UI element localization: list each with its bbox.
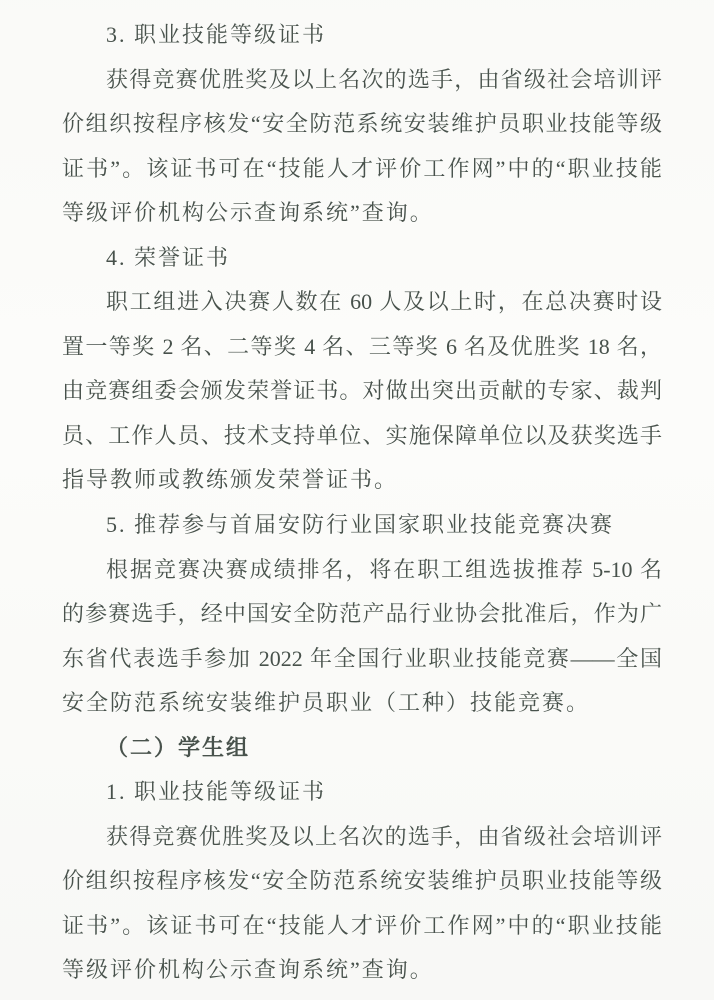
text-line: 置一等奖 2 名、二等奖 4 名、三等奖 6 名及优胜奖 18 名， (62, 325, 662, 370)
text-line: 指导教师或教练颁发荣誉证书。 (62, 458, 662, 503)
section-heading: （二）学生组 (62, 726, 662, 771)
paragraph: 职工组进入决赛人数在 60 人及以上时，在总决赛时设置一等奖 2 名、二等奖 4… (62, 280, 662, 503)
text-line: 证书”。该证书可在“技能人才评价工作网”中的“职业技能 (62, 147, 662, 192)
text-line: 4. 荣誉证书 (62, 236, 662, 281)
text-line: 价组织按程序核发“安全防范系统安装维护员职业技能等级 (62, 102, 662, 147)
text-line: 职工组进入决赛人数在 60 人及以上时，在总决赛时设 (62, 280, 662, 325)
text-line: 由竞赛组委会颁发荣誉证书。对做出突出贡献的专家、裁判 (62, 369, 662, 414)
text-line: 价组织按程序核发“安全防范系统安装维护员职业技能等级 (62, 859, 662, 904)
text-line: 1. 职业技能等级证书 (62, 770, 662, 815)
numbered-heading: 3. 职业技能等级证书 (62, 13, 662, 58)
text-line: 根据竞赛决赛成绩排名，将在职工组选拔推荐 5-10 名 (62, 548, 662, 593)
text-line: 获得竞赛优胜奖及以上名次的选手，由省级社会培训评 (62, 58, 662, 103)
text-line: （二）学生组 (62, 726, 662, 771)
numbered-heading: 5. 推荐参与首届安防行业国家职业技能竞赛决赛 (62, 503, 662, 548)
numbered-heading: 1. 职业技能等级证书 (62, 770, 662, 815)
text-line: 安全防范系统安装维护员职业（工种）技能竞赛。 (62, 681, 662, 726)
text-line: 等级评价机构公示查询系统”查询。 (62, 948, 662, 993)
paragraph: 根据竞赛决赛成绩排名，将在职工组选拔推荐 5-10 名的参赛选手，经中国安全防范… (62, 548, 662, 726)
text-line: 东省代表选手参加 2022 年全国行业职业技能竞赛——全国 (62, 637, 662, 682)
paragraph: 获得竞赛优胜奖及以上名次的选手，由省级社会培训评价组织按程序核发“安全防范系统安… (62, 815, 662, 993)
document-page: 3. 职业技能等级证书获得竞赛优胜奖及以上名次的选手，由省级社会培训评价组织按程… (0, 0, 714, 1000)
numbered-heading: 4. 荣誉证书 (62, 236, 662, 281)
text-line: 员、工作人员、技术支持单位、实施保障单位以及获奖选手 (62, 414, 662, 459)
text-line: 获得竞赛优胜奖及以上名次的选手，由省级社会培训评 (62, 815, 662, 860)
text-line: 3. 职业技能等级证书 (62, 13, 662, 58)
text-line: 证书”。该证书可在“技能人才评价工作网”中的“职业技能 (62, 904, 662, 949)
text-line: 5. 推荐参与首届安防行业国家职业技能竞赛决赛 (62, 503, 662, 548)
text-line: 等级评价机构公示查询系统”查询。 (62, 191, 662, 236)
document-body: 3. 职业技能等级证书获得竞赛优胜奖及以上名次的选手，由省级社会培训评价组织按程… (62, 13, 662, 993)
paragraph: 获得竞赛优胜奖及以上名次的选手，由省级社会培训评价组织按程序核发“安全防范系统安… (62, 58, 662, 236)
text-line: 的参赛选手，经中国安全防范产品行业协会批准后，作为广 (62, 592, 662, 637)
